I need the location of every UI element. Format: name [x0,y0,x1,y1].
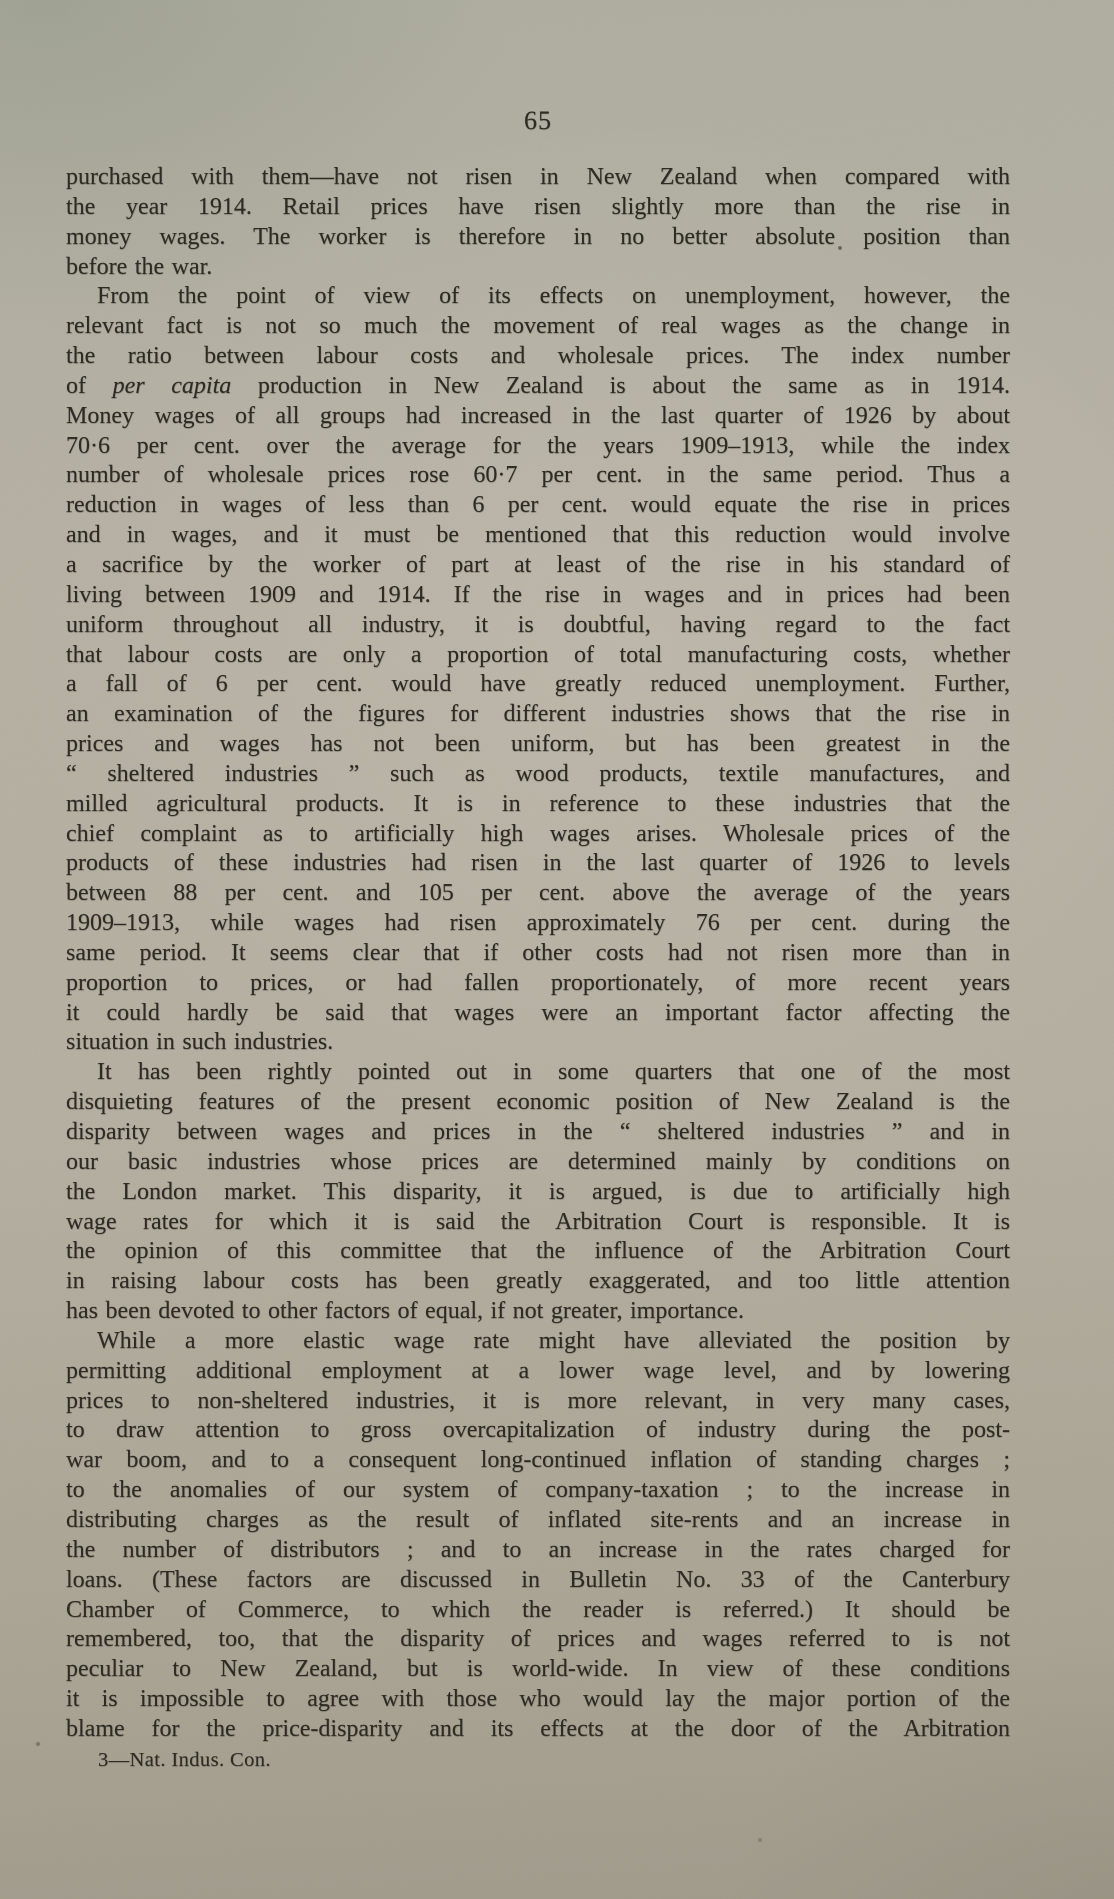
text-line: reduction in wages of less than 6 per ce… [66,491,1010,521]
text-line: same period. It seems clear that if othe… [66,939,1010,969]
line-segment: production in New Zealand is about the s… [231,373,1010,399]
text-line: permitting additional employment at a lo… [66,1357,1010,1387]
text-line: to the anomalies of our system of compan… [66,1476,1010,1506]
text-line: that labour costs are only a proportion … [66,641,1010,671]
text-line: 70·6 per cent. over the average for the … [66,432,1010,462]
text-line: wage rates for which it is said the Arbi… [66,1208,1010,1238]
text-line: has been devoted to other factors of equ… [66,1297,1010,1327]
text-line: disquieting features of the present econ… [66,1088,1010,1118]
body-text: purchased with them—have not risen in Ne… [66,163,1010,1745]
text-line: milled agricultural products. It is in r… [66,790,1010,820]
text-line: to draw attention to gross overcapitaliz… [66,1416,1010,1446]
text-line: the London market. This disparity, it is… [66,1178,1010,1208]
text-line: purchased with them—have not risen in Ne… [66,163,1010,193]
text-line: loans. (These factors are discussed in B… [66,1566,1010,1596]
text-line: the year 1914. Retail prices have risen … [66,193,1010,223]
italic-phrase-per-capita: per capita [113,373,232,399]
text-line: While a more elastic wage rate might hav… [66,1327,1010,1357]
scanned-document-page: 65 purchased with them—have not risen in… [0,0,1114,1899]
text-line: our basic industries whose prices are de… [66,1148,1010,1178]
text-line: war boom, and to a consequent long-conti… [66,1446,1010,1476]
text-line: distributing charges as the result of in… [66,1506,1010,1536]
line-segment: of [66,373,113,399]
text-line: Money wages of all groups had increased … [66,402,1010,432]
text-line: the opinion of this committee that the i… [66,1237,1010,1267]
text-line: blame for the price-disparity and its ef… [66,1715,1010,1745]
text-line: number of wholesale prices rose 60·7 per… [66,461,1010,491]
text-line: Chamber of Commerce, to which the reader… [66,1596,1010,1626]
text-line: From the point of view of its effects on… [66,282,1010,312]
text-line: uniform throughout all industry, it is d… [66,611,1010,641]
text-line: and in wages, and it must be mentioned t… [66,521,1010,551]
text-line: remembered, too, that the disparity of p… [66,1625,1010,1655]
text-line: “ sheltered industries ” such as wood pr… [66,760,1010,790]
text-line: the number of distributors ; and to an i… [66,1536,1010,1566]
text-line: before the war. [66,253,1010,283]
text-line: between 88 per cent. and 105 per cent. a… [66,879,1010,909]
text-line: 1909–1913, while wages had risen approxi… [66,909,1010,939]
text-line: relevant fact is not so much the movemen… [66,312,1010,342]
text-line: It has been rightly pointed out in some … [66,1058,1010,1088]
text-line: a sacrifice by the worker of part at lea… [66,551,1010,581]
text-line: situation in such industries. [66,1028,1010,1058]
text-line: chief complaint as to artificially high … [66,820,1010,850]
text-line: disparity between wages and prices in th… [66,1118,1010,1148]
text-line: peculiar to New Zealand, but is world-wi… [66,1655,1010,1685]
text-line: a fall of 6 per cent. would have greatly… [66,670,1010,700]
text-line: the ratio between labour costs and whole… [66,342,1010,372]
text-line: it is impossible to agree with those who… [66,1685,1010,1715]
text-line: prices and wages has not been uniform, b… [66,730,1010,760]
paragraph-4: While a more elastic wage rate might hav… [66,1327,1010,1745]
text-line: proportion to prices, or had fallen prop… [66,969,1010,999]
footer-printers-note: 3—Nat. Indus. Con. [98,1749,271,1772]
text-line: living between 1909 and 1914. If the ris… [66,581,1010,611]
paragraph-1: purchased with them—have not risen in Ne… [66,163,1010,282]
paragraph-2: From the point of view of its effects on… [66,282,1010,1058]
text-line: in raising labour costs has been greatly… [66,1267,1010,1297]
text-line: it could hardly be said that wages were … [66,999,1010,1029]
paragraph-3: It has been rightly pointed out in some … [66,1058,1010,1327]
page-number: 65 [66,106,1010,136]
text-line: an examination of the figures for differ… [66,700,1010,730]
text-line: of per capita production in New Zealand … [66,372,1010,402]
text-line: money wages. The worker is therefore in … [66,223,1010,253]
text-line: prices to non-sheltered industries, it i… [66,1387,1010,1417]
text-line: products of these industries had risen i… [66,849,1010,879]
